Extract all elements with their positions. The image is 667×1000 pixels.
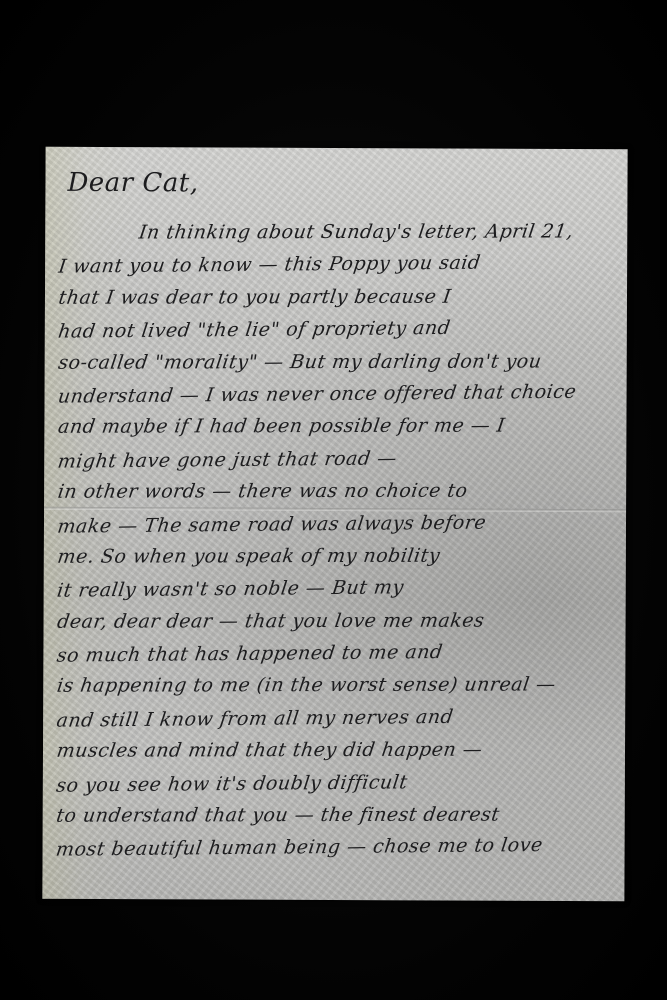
- letter-line: make — The same road was always before: [55, 505, 618, 543]
- letter-line: that I was dear to you partly because I: [56, 280, 619, 314]
- letter-line: in other words — there was no choice to: [56, 474, 619, 508]
- letter-line: so you see how it's doubly difficult: [54, 764, 617, 802]
- letter-line: it really wasn't so noble — But my: [55, 570, 618, 608]
- letter-line: understand — I was never once offered th…: [56, 375, 619, 413]
- handwritten-letter: Dear Cat, In thinking about Sunday's let…: [57, 165, 618, 865]
- letter-line: is happening to me (in the worst sense) …: [55, 669, 618, 703]
- letter-line: me. So when you speak of my nobility: [55, 539, 618, 573]
- letter-line: dear, dear dear — that you love me makes: [55, 604, 618, 638]
- letter-line: so much that has happened to me and: [55, 634, 618, 672]
- letter-line: I want you to know — this Poppy you said: [56, 246, 619, 284]
- letter-line: muscles and mind that they did happen —: [55, 734, 618, 768]
- letter-line: and still I know from all my nerves and: [54, 699, 617, 737]
- letter-salutation: Dear Cat,: [67, 165, 617, 203]
- letter-paper: Dear Cat, In thinking about Sunday's let…: [42, 147, 627, 902]
- letter-line: to understand that you — the finest dear…: [54, 798, 617, 832]
- letter-line: In thinking about Sunday's letter, April…: [57, 215, 620, 249]
- letter-line: and maybe if I had been possible for me …: [56, 410, 619, 444]
- letter-line: had not lived "the lie" of propriety and: [56, 311, 619, 349]
- letter-line: so-called "morality" — But my darling do…: [56, 345, 619, 379]
- letter-line: most beautiful human being — chose me to…: [54, 829, 617, 867]
- letter-line: might have gone just that road —: [56, 440, 619, 478]
